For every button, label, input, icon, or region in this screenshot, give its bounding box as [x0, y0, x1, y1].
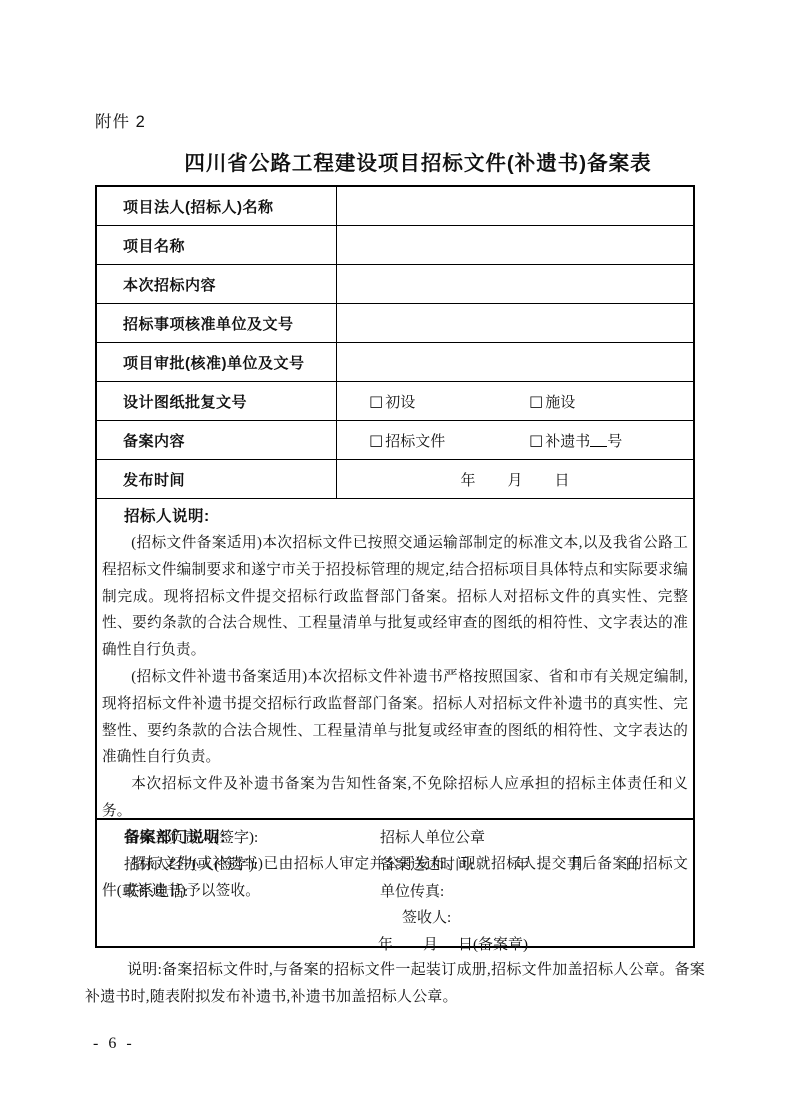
page-title: 四川省公路工程建设项目招标文件(补遗书)备案表: [95, 146, 741, 176]
checkbox-icon: □: [529, 431, 543, 449]
date-token-month: 月: [423, 932, 438, 959]
row-value-approval-authority: [337, 304, 693, 342]
issuer-statement-paragraph-2: (招标文件补遗书备案适用)本次招标文件补遗书严格按照国家、省和市有关规定编制,现…: [102, 664, 688, 771]
row-label-approval-authority: 招标事项核准单位及文号: [97, 304, 337, 342]
checkbox-icon: □: [369, 431, 383, 449]
table-row: 设计图纸批复文号 □ 初设 □ 施设: [97, 382, 693, 421]
table-row: 项目法人(招标人)名称: [97, 187, 693, 226]
row-value-tender-content: [337, 265, 693, 303]
row-value-design-drawing-approval: □ 初设 □ 施设: [337, 382, 693, 420]
row-label-publish-time: 发布时间: [97, 460, 337, 498]
filing-form-table: 项目法人(招标人)名称 项目名称 本次招标内容 招标事项核准单位及文号 项目审批…: [95, 185, 695, 948]
issuer-statement-section: 招标人说明: (招标文件备案适用)本次招标文件已按照交通运输部制定的标准文本,以…: [97, 499, 693, 820]
row-value-publish-time: 年 月 日: [337, 460, 693, 498]
table-row: 项目审批(核准)单位及文号: [97, 343, 693, 382]
date-token-month: 月: [507, 469, 522, 490]
row-value-filing-content: □ 招标文件 □ 补遗书 号: [337, 421, 693, 459]
issuer-statement-paragraph-3: 本次招标文件及补遗书备案为告知性备案,不免除招标人应承担的招标主体责任和义务。: [102, 771, 688, 825]
row-label-project-legal-person: 项目法人(招标人)名称: [97, 187, 337, 225]
issuer-unit-seal-label: 招标人单位公章: [380, 825, 485, 852]
row-value-project-legal-person: [337, 187, 693, 225]
issuer-statement-header: 招标人说明:: [124, 503, 688, 530]
row-label-filing-content: 备案内容: [97, 421, 337, 459]
attachment-label: 附件 2: [95, 108, 146, 132]
receipt-signer-label: 签收人:: [402, 905, 688, 932]
checkbox-option-bidding-documents: □ 招标文件: [369, 430, 529, 451]
checkbox-option-label: 初设: [385, 391, 415, 412]
row-value-project-name: [337, 226, 693, 264]
row-label-project-approval-authority: 项目审批(核准)单位及文号: [97, 343, 337, 381]
checkbox-option-label: 补遗书: [545, 430, 590, 451]
checkbox-icon: □: [369, 392, 383, 410]
document-page: 附件 2 四川省公路工程建设项目招标文件(补遗书)备案表 项目法人(招标人)名称…: [0, 0, 792, 1120]
row-label-project-name: 项目名称: [97, 226, 337, 264]
checkbox-icon: □: [529, 392, 543, 410]
row-value-project-approval-authority: [337, 343, 693, 381]
checkbox-option-label: 招标文件: [385, 430, 445, 451]
filing-seal-note: (备案章): [473, 932, 528, 959]
receipt-date-line: 年 月 日 (备案章): [378, 932, 688, 959]
issuer-statement-paragraph-1: (招标文件备案适用)本次招标文件已按照交通运输部制定的标准文本,以及我省公路工程…: [102, 530, 688, 664]
date-token-year: 年: [460, 469, 475, 490]
table-row: 本次招标内容: [97, 265, 693, 304]
date-token-day: 日: [555, 469, 570, 490]
row-label-tender-content: 本次招标内容: [97, 265, 337, 303]
date-token-day: 日: [458, 932, 473, 959]
fill-in-blank: [590, 433, 607, 447]
row-label-design-drawing-approval: 设计图纸批复文号: [97, 382, 337, 420]
checkbox-option-supplement: □ 补遗书 号: [529, 430, 622, 451]
checkbox-option-construction-design: □ 施设: [529, 391, 575, 412]
checkbox-option-suffix: 号: [607, 430, 622, 451]
unit-fax-label: 单位传真:: [380, 879, 444, 906]
date-token-year: 年: [378, 932, 393, 959]
page-number: - 6 -: [93, 1035, 135, 1053]
table-row: 招标事项核准单位及文号: [97, 304, 693, 343]
checkbox-option-label: 施设: [545, 391, 575, 412]
checkbox-option-preliminary-design: □ 初设: [369, 391, 529, 412]
form-footnote: 说明:备案招标文件时,与备案的招标文件一起装订成册,招标文件加盖招标人公章。备案…: [85, 957, 705, 1011]
table-row: 备案内容 □ 招标文件 □ 补遗书 号: [97, 421, 693, 460]
table-row: 发布时间 年 月 日: [97, 460, 693, 499]
table-row: 项目名称: [97, 226, 693, 265]
